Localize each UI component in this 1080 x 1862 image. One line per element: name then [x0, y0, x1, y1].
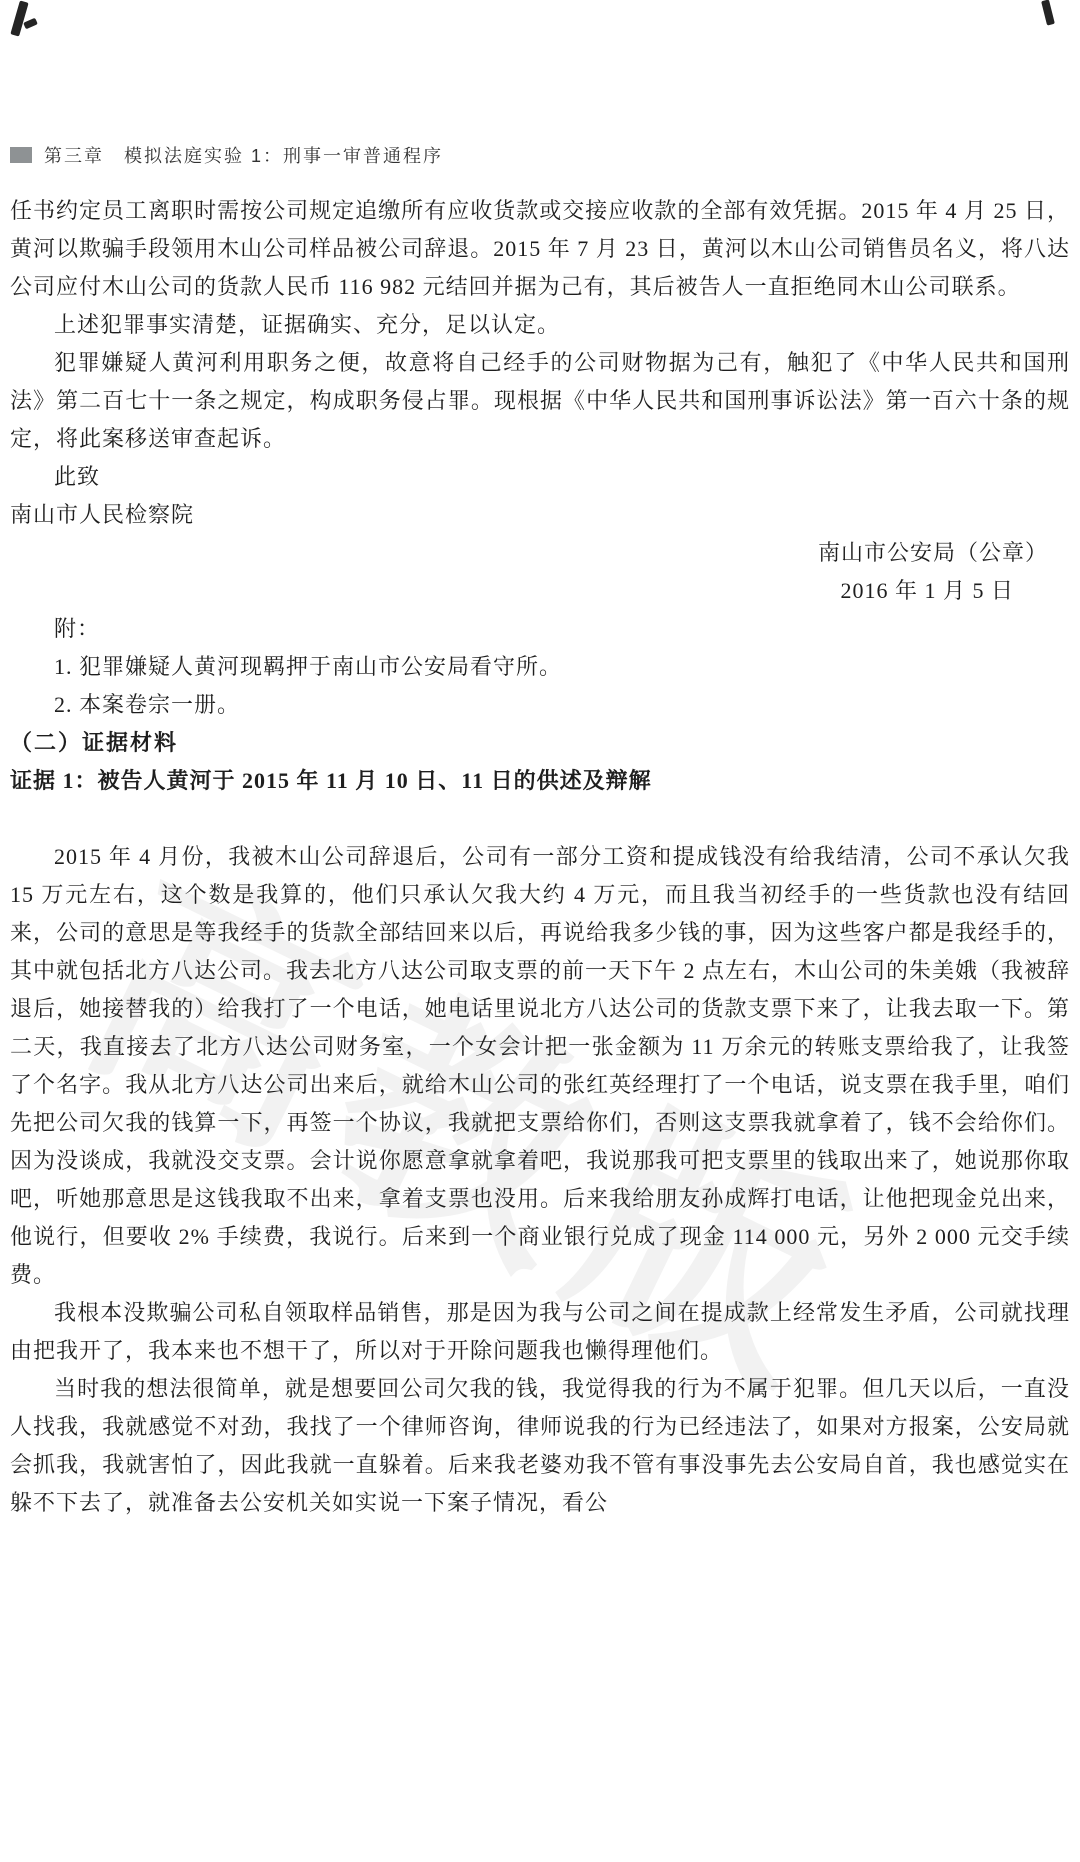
chapter-bullet-square-icon	[10, 147, 32, 163]
addressee: 南山市人民检察院	[10, 496, 1070, 534]
signature-authority: 南山市公安局（公章）	[10, 534, 1070, 572]
signature-date: 2016 年 1 月 5 日	[10, 572, 1070, 610]
evidence-title: 证据 1：被告人黄河于 2015 年 11 月 10 日、11 日的供述及辩解	[10, 762, 1070, 800]
attachment-label: 附：	[10, 610, 1070, 648]
section-heading-evidence: （二）证据材料	[10, 724, 1070, 762]
document-body: 任书约定员工离职时需按公司规定追缴所有应收货款或交接应收款的全部有效凭据。201…	[10, 192, 1070, 1522]
chapter-title: 第三章 模拟法庭实验 1：刑事一审普通程序	[44, 142, 443, 168]
attachment-item: 2. 本案卷宗一册。	[10, 686, 1070, 724]
chapter-header: 第三章 模拟法庭实验 1：刑事一审普通程序	[0, 0, 1080, 168]
testimony-paragraph: 2015 年 4 月份，我被木山公司辞退后，公司有一部分工资和提成钱没有给我结清…	[10, 838, 1070, 1294]
testimony-paragraph: 当时我的想法很简单，就是想要回公司欠我的钱，我觉得我的行为不属于犯罪。但几天以后…	[10, 1370, 1070, 1522]
document-page: 高教版 第三章 模拟法庭实验 1：刑事一审普通程序 任书约定员工离职时需按公司规…	[0, 0, 1080, 1862]
paragraph-legal-basis: 犯罪嫌疑人黄河利用职务之便，故意将自己经手的公司财物据为己有，触犯了《中华人民共…	[10, 344, 1070, 458]
salutation: 此致	[10, 458, 1070, 496]
paragraph-conclusion: 上述犯罪事实清楚，证据确实、充分，足以认定。	[10, 306, 1070, 344]
paragraph-facts: 任书约定员工离职时需按公司规定追缴所有应收货款或交接应收款的全部有效凭据。201…	[10, 192, 1070, 306]
attachment-item: 1. 犯罪嫌疑人黄河现羁押于南山市公安局看守所。	[10, 648, 1070, 686]
testimony-paragraph: 我根本没欺骗公司私自领取样品销售，那是因为我与公司之间在提成款上经常发生矛盾，公…	[10, 1294, 1070, 1370]
